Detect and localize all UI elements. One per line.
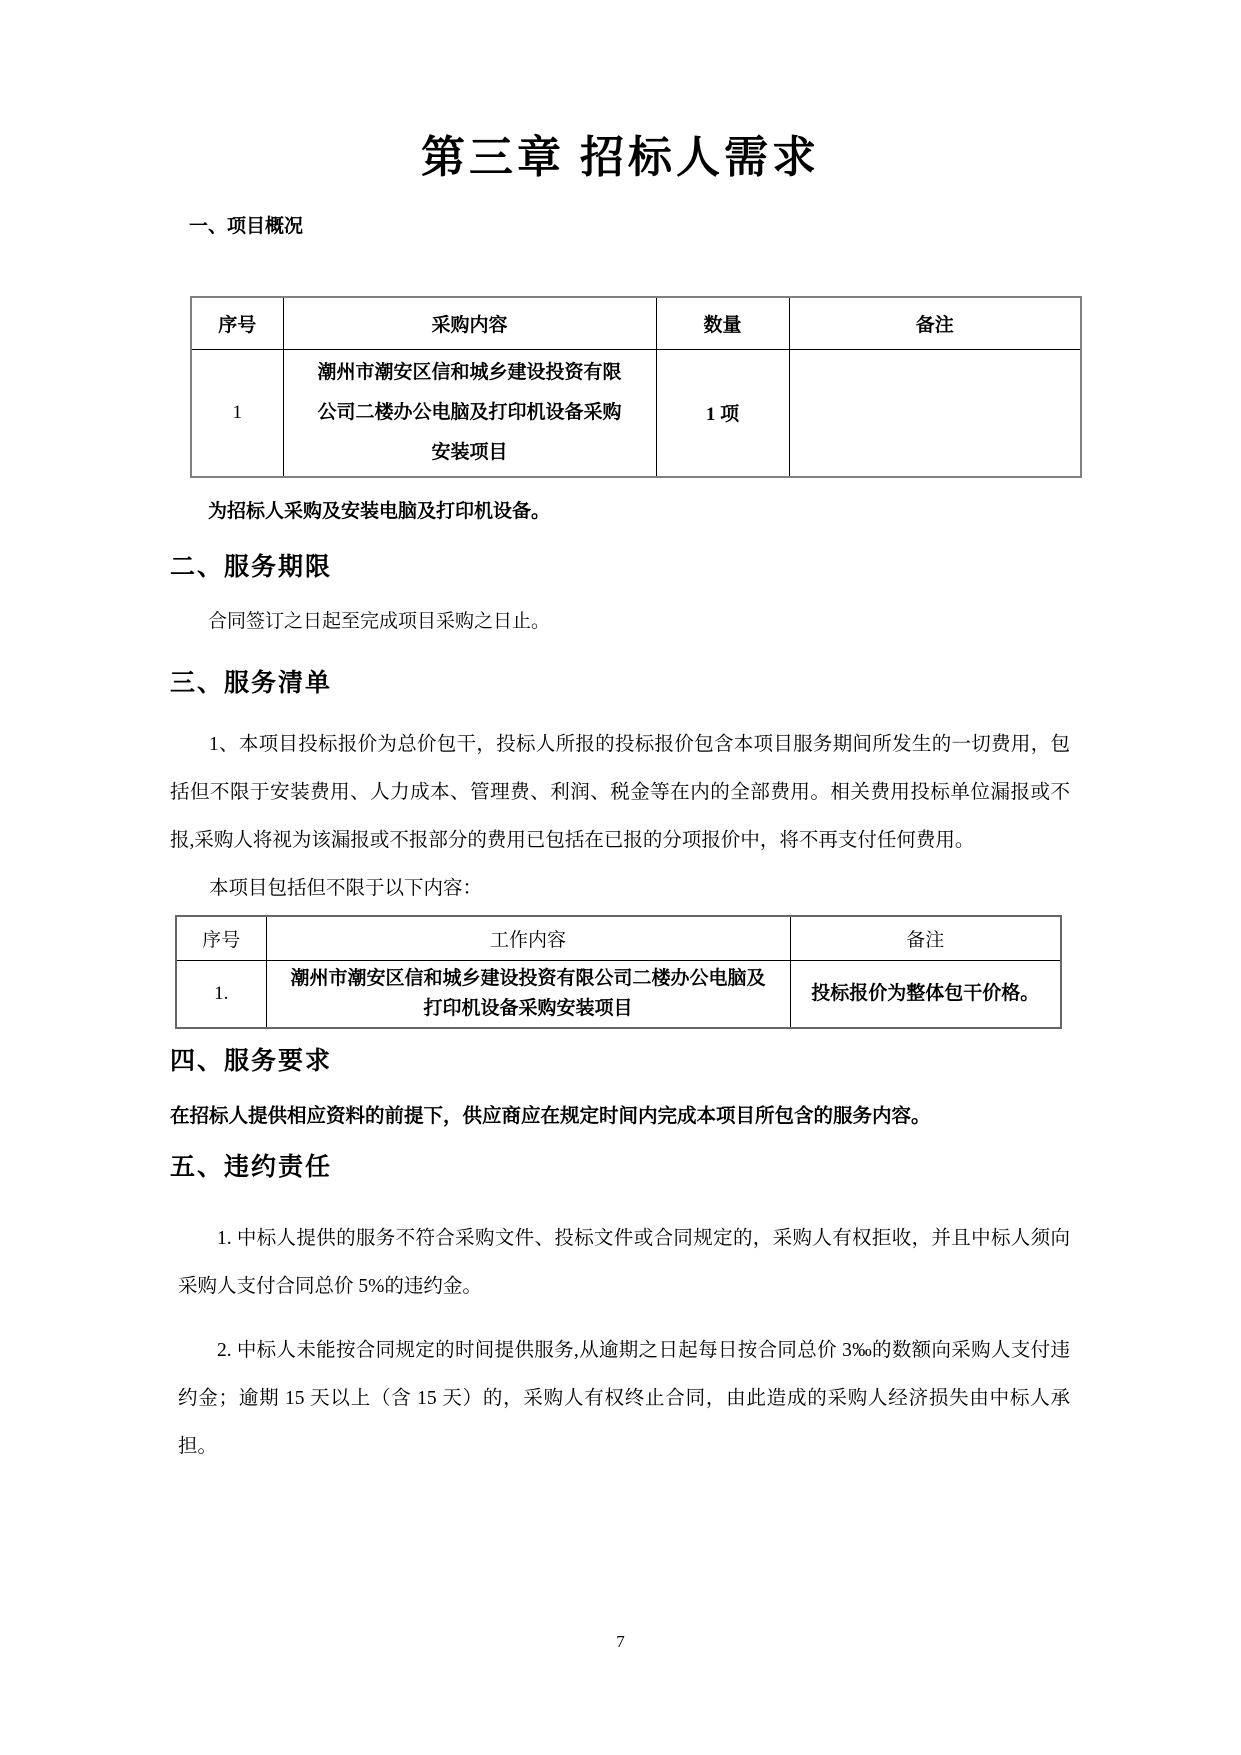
cell-procurement-content: 潮州市潮安区信和城乡建设投资有限公司二楼办公电脑及打印机设备采购安装项目 (283, 349, 656, 477)
col-header-seq: 序号 (176, 916, 266, 960)
section-2-heading: 二、服务期限 (170, 551, 1070, 585)
page-number: 7 (0, 1632, 1241, 1652)
col-header-remarks: 备注 (790, 916, 1061, 960)
section-5-heading: 五、违约责任 (170, 1151, 1070, 1185)
table-header-row: 序号 采购内容 数量 备注 (191, 297, 1081, 349)
cell-seq: 1. (176, 960, 266, 1028)
section-1-heading: 一、项目概况 (189, 214, 1070, 240)
cell-remarks: 投标报价为整体包干价格。 (790, 960, 1061, 1028)
section-2-body: 合同签订之日起至完成项目采购之日止。 (170, 607, 1070, 637)
section-4-body: 在招标人提供相应资料的前提下，供应商应在规定时间内完成本项目所包含的服务内容。 (170, 1101, 1070, 1133)
service-list-table: 序号 工作内容 备注 1. 潮州市潮安区信和城乡建设投资有限公司二楼办公电脑及打… (175, 915, 1062, 1029)
breach-clause-2: 2. 中标人未能按合同规定的时间提供服务,从逾期之日起每日按合同总价 3‰的数额… (178, 1327, 1070, 1471)
col-header-quantity: 数量 (656, 297, 789, 349)
section-3-heading: 三、服务清单 (170, 667, 1070, 701)
col-header-work-content: 工作内容 (266, 916, 790, 960)
cell-quantity: 1 项 (656, 349, 789, 477)
chapter-title: 第三章 招标人需求 (0, 130, 1241, 186)
document-page: 第三章 招标人需求 一、项目概况 序号 采购内容 数量 备注 1 潮州市潮安区信… (0, 0, 1241, 1755)
page-content: 一、项目概况 序号 采购内容 数量 备注 1 潮州市潮安区信和城乡建设投资有限公… (0, 214, 1241, 1471)
cell-work-content: 潮州市潮安区信和城乡建设投资有限公司二楼办公电脑及打印机设备采购安装项目 (266, 960, 790, 1028)
table-row: 1 潮州市潮安区信和城乡建设投资有限公司二楼办公电脑及打印机设备采购安装项目 1… (191, 349, 1081, 477)
table-header-row: 序号 工作内容 备注 (176, 916, 1061, 960)
project-overview-table: 序号 采购内容 数量 备注 1 潮州市潮安区信和城乡建设投资有限公司二楼办公电脑… (190, 296, 1082, 478)
col-header-procurement-content: 采购内容 (283, 297, 656, 349)
table-row: 1. 潮州市潮安区信和城乡建设投资有限公司二楼办公电脑及打印机设备采购安装项目 … (176, 960, 1061, 1028)
cell-remarks (789, 349, 1081, 477)
section-4-heading: 四、服务要求 (170, 1045, 1070, 1079)
col-header-seq: 序号 (191, 297, 283, 349)
section-3-paragraph: 1、本项目投标报价为总价包干，投标人所报的投标报价包含本项目服务期间所发生的一切… (170, 721, 1070, 865)
section-3-lead-in: 本项目包括但不限于以下内容： (170, 865, 1070, 913)
col-header-remarks: 备注 (789, 297, 1081, 349)
project-summary-note: 为招标人采购及安装电脑及打印机设备。 (170, 498, 1070, 525)
breach-clause-1: 1. 中标人提供的服务不符合采购文件、投标文件或合同规定的，采购人有权拒收，并且… (178, 1215, 1070, 1311)
cell-seq: 1 (191, 349, 283, 477)
